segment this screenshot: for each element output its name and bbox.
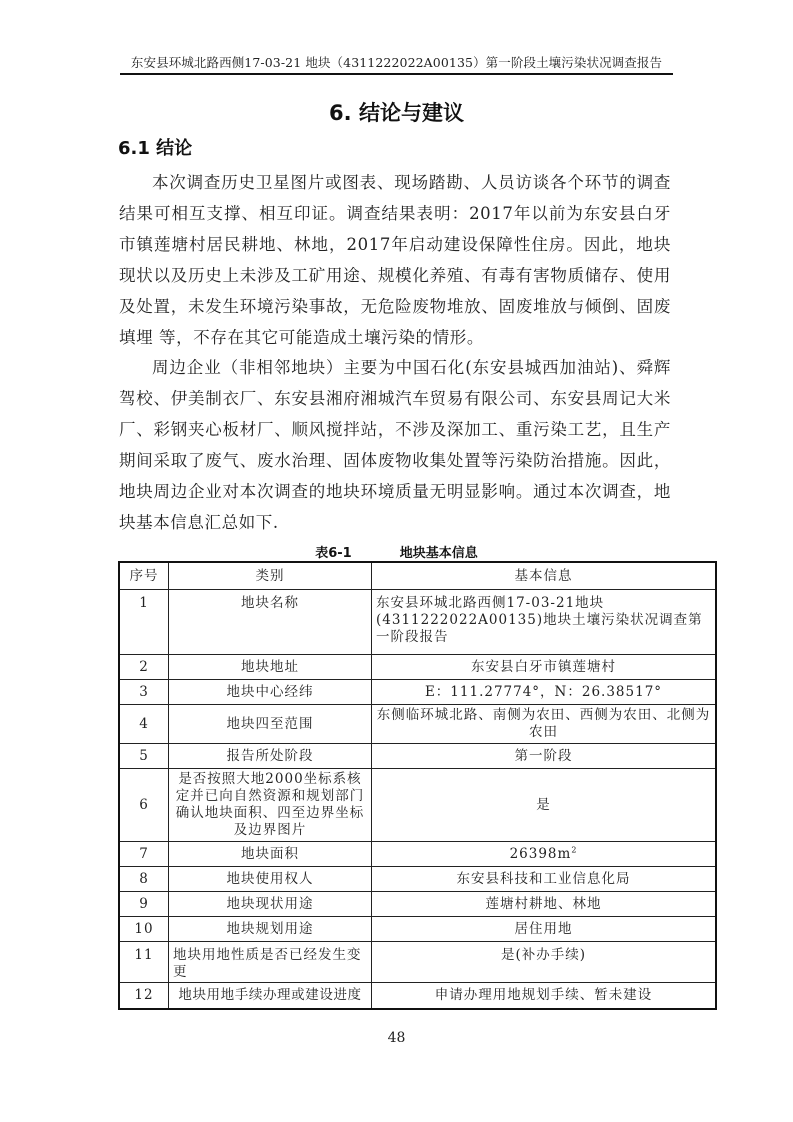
row-index: 7	[119, 842, 169, 867]
chapter-title: 6. 结论与建议	[0, 97, 793, 127]
row-index: 4	[119, 705, 169, 744]
row-info: 第一阶段	[372, 744, 717, 769]
table-row: 5 报告所处阶段 第一阶段	[119, 744, 716, 769]
table-row: 12 地块用地手续办理或建设进度 申请办理用地规划手续、暂未建设	[119, 983, 716, 1009]
row-info: 是(补办手续)	[372, 942, 717, 983]
row-category: 地块面积	[169, 842, 372, 867]
area-unit-superscript: 2	[571, 845, 577, 854]
row-info: 东安县环城北路西侧17-03-21地块(4311222022A00135)地块土…	[372, 590, 717, 655]
row-info: E：111.27774°，N：26.38517°	[372, 680, 717, 705]
table-row: 4 地块四至范围 东侧临环城北路、南侧为农田、西侧为农田、北侧为农田	[119, 705, 716, 744]
row-index: 6	[119, 769, 169, 842]
table-row: 6 是否按照大地2000坐标系核定并已向自然资源和规划部门确认地块面积、四至边界…	[119, 769, 716, 842]
basic-info-table: 序号 类别 基本信息 1 地块名称 东安县环城北路西侧17-03-21地块(43…	[118, 561, 717, 1010]
row-category: 地块规划用途	[169, 917, 372, 942]
row-category: 地块名称	[169, 590, 372, 655]
table-caption-title: 地块基本信息	[400, 546, 478, 561]
row-info: 东安县白牙市镇莲塘村	[372, 655, 717, 680]
row-info: 居住用地	[372, 917, 717, 942]
header-info: 基本信息	[372, 562, 717, 590]
row-info: 东安县科技和工业信息化局	[372, 867, 717, 892]
header-divider	[120, 73, 673, 75]
row-index: 2	[119, 655, 169, 680]
area-value: 26398m	[510, 846, 572, 862]
table-row: 2 地块地址 东安县白牙市镇莲塘村	[119, 655, 716, 680]
row-category: 地块中心经纬	[169, 680, 372, 705]
row-info: 申请办理用地规划手续、暂未建设	[372, 983, 717, 1009]
table-header-row: 序号 类别 基本信息	[119, 562, 716, 590]
page-number: 48	[0, 1030, 793, 1046]
row-category: 地块现状用途	[169, 892, 372, 917]
table-row: 1 地块名称 东安县环城北路西侧17-03-21地块(4311222022A00…	[119, 590, 716, 655]
table-row: 7 地块面积 26398m2	[119, 842, 716, 867]
row-index: 1	[119, 590, 169, 655]
table-row: 9 地块现状用途 莲塘村耕地、林地	[119, 892, 716, 917]
table-row: 10 地块规划用途 居住用地	[119, 917, 716, 942]
table-caption: 表6-1地块基本信息	[0, 542, 793, 561]
table-row: 11 地块用地性质是否已经发生变更 是(补办手续)	[119, 942, 716, 983]
table-row: 8 地块使用权人 东安县科技和工业信息化局	[119, 867, 716, 892]
running-header: 东安县环城北路西侧17-03-21 地块（4311222022A00135）第一…	[120, 53, 673, 71]
table-caption-number: 表6-1	[315, 542, 352, 561]
row-info: 东侧临环城北路、南侧为农田、西侧为农田、北侧为农田	[372, 705, 717, 744]
table-row: 3 地块中心经纬 E：111.27774°，N：26.38517°	[119, 680, 716, 705]
row-info: 是	[372, 769, 717, 842]
section-title: 6.1 结论	[118, 134, 192, 160]
row-category: 是否按照大地2000坐标系核定并已向自然资源和规划部门确认地块面积、四至边界坐标…	[169, 769, 372, 842]
row-category: 报告所处阶段	[169, 744, 372, 769]
header-category: 类别	[169, 562, 372, 590]
row-info: 莲塘村耕地、林地	[372, 892, 717, 917]
row-index: 8	[119, 867, 169, 892]
row-index: 11	[119, 942, 169, 983]
paragraph-conclusion: 本次调查历史卫星图片或图表、现场踏勘、人员访谈各个环节的调查结果可相互支撑、相互…	[119, 167, 671, 353]
row-index: 3	[119, 680, 169, 705]
header-index: 序号	[119, 562, 169, 590]
row-index: 9	[119, 892, 169, 917]
row-category: 地块使用权人	[169, 867, 372, 892]
row-category: 地块用地手续办理或建设进度	[169, 983, 372, 1009]
row-info: 26398m2	[372, 842, 717, 867]
row-category: 地块用地性质是否已经发生变更	[169, 942, 372, 983]
row-category: 地块地址	[169, 655, 372, 680]
row-index: 10	[119, 917, 169, 942]
row-category: 地块四至范围	[169, 705, 372, 744]
paragraph-surrounding-enterprises: 周边企业（非相邻地块）主要为中国石化(东安县城西加油站)、舜辉驾校、伊美制衣厂、…	[119, 352, 671, 538]
row-index: 5	[119, 744, 169, 769]
row-index: 12	[119, 983, 169, 1009]
